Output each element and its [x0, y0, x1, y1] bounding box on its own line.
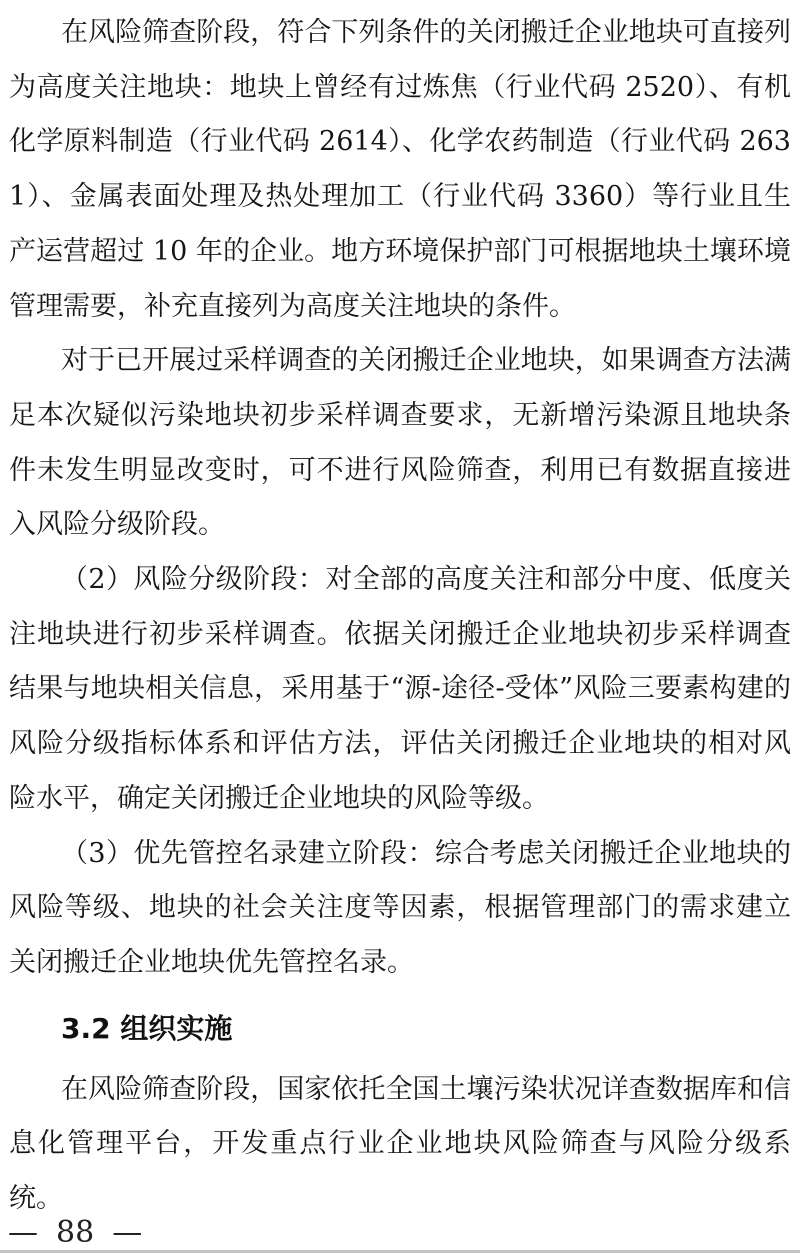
paragraph-national-platform: 在风险筛查阶段，国家依托全国土壤污染状况详查数据库和信息化管理平台，开发重点行业… — [9, 1063, 791, 1227]
section-heading-organization: 3.2 组织实施 — [9, 1007, 791, 1051]
footer-dash-right: — — [112, 1218, 142, 1248]
page-footer: — 88 — — [8, 1218, 142, 1248]
page-number: 88 — [56, 1218, 94, 1248]
paragraph-risk-screening-criteria: 在风险筛查阶段，符合下列条件的关闭搬迁企业地块可直接列为高度关注地块：地块上曾经… — [9, 6, 791, 334]
footer-dash-left: — — [8, 1218, 38, 1248]
paragraph-existing-survey-data: 对于已开展过采样调查的关闭搬迁企业地块，如果调查方法满足本次疑似污染地块初步采样… — [9, 334, 791, 553]
document-page: 在风险筛查阶段，符合下列条件的关闭搬迁企业地块可直接列为高度关注地块：地块上曾经… — [0, 0, 800, 1227]
paragraph-priority-control-list: （3）优先管控名录建立阶段：综合考虑关闭搬迁企业地块的风险等级、地块的社会关注度… — [9, 827, 791, 991]
paragraph-risk-grading-stage: （2）风险分级阶段：对全部的高度关注和部分中度、低度关注地块进行初步采样调查。依… — [9, 553, 791, 827]
